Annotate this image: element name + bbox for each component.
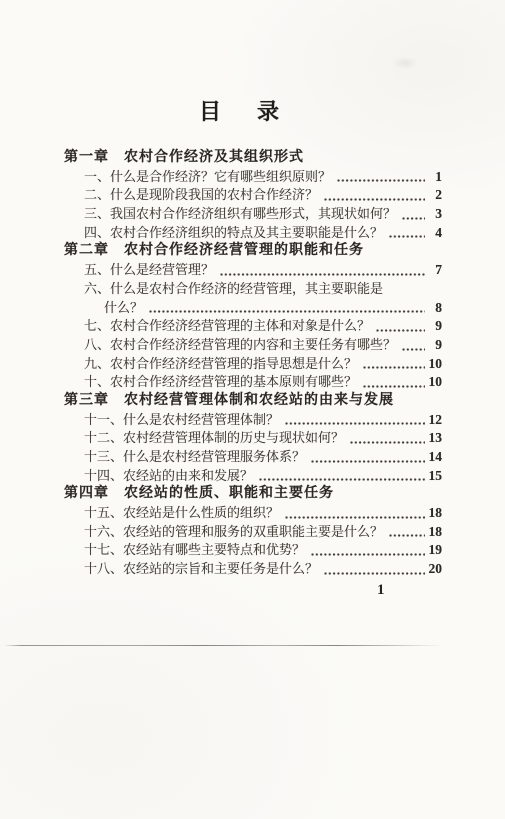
dot-leader — [324, 572, 425, 575]
toc-entry-row: 十五、农经站是什么性质的组织？ 18 — [64, 504, 442, 523]
toc-entry-row: 七、农村合作经济经营管理的主体和对象是什么？ 9 — [64, 317, 442, 336]
entry-label: 二、什么是现阶段我国的农村合作经济？ — [84, 186, 318, 205]
chapter-heading: 第二章 农村合作经济经营管理的职能和任务 — [64, 242, 364, 261]
toc-entry-row: 十八、农经站的宗旨和主要任务是什么？ 20 — [64, 560, 442, 579]
dot-leader — [220, 273, 425, 276]
entry-page-number: 7 — [428, 261, 442, 280]
toc-entry-row: 四、农村合作经济组织的特点及其主要职能是什么？ 4 — [64, 224, 442, 243]
toc-entry-row: 十一、什么是农村经营管理体制？ 12 — [64, 411, 442, 430]
toc-chapter-row: 第一章 农村合作经济及其组织形式 — [64, 149, 442, 168]
toc-entry-row: 二、什么是现阶段我国的农村合作经济？ 2 — [64, 186, 442, 205]
toc-entry-row: 十七、农经站有哪些主要特点和优势？ 19 — [64, 541, 442, 560]
entry-page-number: 4 — [428, 224, 442, 243]
toc-entry-row: 十六、农经站的管理和服务的双重职能主要是什么？ 18 — [64, 523, 442, 542]
entry-label: 七、农村合作经济经营管理的主体和对象是什么？ — [84, 317, 370, 336]
chapter-heading: 第一章 农村合作经济及其组织形式 — [64, 149, 304, 168]
toc-entry-row: 十、农村合作经济经营管理的基本原则有哪些？ 10 — [64, 373, 442, 392]
dot-leader — [311, 553, 425, 556]
scan-smudge-artifact — [392, 56, 418, 70]
toc-entry-row: 十四、农经站的由来和发展？ 15 — [64, 467, 442, 486]
dot-leader — [324, 198, 425, 201]
entry-label: 五、什么是经营管理？ — [84, 261, 214, 280]
scan-streak-artifact — [4, 645, 445, 646]
entry-label: 十四、农经站的由来和发展？ — [84, 467, 253, 486]
dot-leader — [402, 217, 425, 220]
entry-label: 什么？ — [104, 299, 143, 318]
entry-page-number: 1 — [428, 168, 442, 187]
entry-page-number: 10 — [428, 373, 442, 392]
entry-page-number: 18 — [428, 504, 442, 523]
toc-entry-row: 十二、农村经营管理体制的历史与现状如何？ 13 — [64, 429, 442, 448]
entry-page-number: 14 — [428, 448, 442, 467]
entry-page-number: 9 — [428, 317, 442, 336]
toc-chapter-row: 第四章 农经站的性质、职能和主要任务 — [64, 485, 442, 504]
entry-label: 十八、农经站的宗旨和主要任务是什么？ — [84, 560, 318, 579]
entry-page-number: 13 — [428, 429, 442, 448]
chapter-heading: 第四章 农经站的性质、职能和主要任务 — [64, 485, 334, 504]
dot-leader — [285, 516, 425, 519]
entry-label: 十五、农经站是什么性质的组织？ — [84, 504, 279, 523]
entry-label: 三、我国农村合作经济组织有哪些形式，其现状如何？ — [84, 205, 396, 224]
dot-leader — [363, 385, 425, 388]
dot-leader — [363, 366, 425, 369]
entry-page-number: 12 — [428, 411, 442, 430]
dot-leader — [285, 422, 425, 425]
toc-entry-row: 十三、什么是农村经营管理服务体系？ 14 — [64, 448, 442, 467]
entry-page-number: 19 — [428, 541, 442, 560]
entry-page-number: 15 — [428, 467, 442, 486]
entry-label: 一、什么是合作经济？它有哪些组织原则？ — [84, 168, 331, 187]
dot-leader — [149, 310, 425, 313]
entry-page-number: 2 — [428, 186, 442, 205]
entry-label: 十七、农经站有哪些主要特点和优势？ — [84, 541, 305, 560]
scanned-toc-page: 目 录 第一章 农村合作经济及其组织形式 一、什么是合作经济？它有哪些组织原则？… — [0, 0, 505, 819]
toc-entry-row: 八、农村合作经济经营管理的内容和主要任务有哪些？ 9 — [64, 336, 442, 355]
entry-label: 十一、什么是农村经营管理体制？ — [84, 411, 279, 430]
entry-page-number: 3 — [428, 205, 442, 224]
dot-leader — [259, 478, 425, 481]
dot-leader — [389, 235, 425, 238]
entry-label: 四、农村合作经济组织的特点及其主要职能是什么？ — [84, 224, 383, 243]
entry-label: 九、农村合作经济经营管理的指导思想是什么？ — [84, 355, 357, 374]
entry-page-number: 20 — [428, 560, 442, 579]
dot-leader — [402, 348, 425, 351]
entry-page-number: 18 — [428, 523, 442, 542]
dot-leader — [350, 441, 425, 444]
dot-leader — [389, 534, 425, 537]
toc-entry-row: 一、什么是合作经济？它有哪些组织原则？ 1 — [64, 168, 442, 187]
folio-number: 1 — [377, 582, 385, 599]
page-title: 目 录 — [199, 95, 286, 126]
dot-leader — [311, 460, 425, 463]
toc-entry-row: 五、什么是经营管理？ 7 — [64, 261, 442, 280]
entry-label: 六、什么是农村合作经济的经营管理，其主要职能是 — [84, 280, 383, 299]
toc-entry-row-wrapped-end: 什么？ 8 — [64, 299, 442, 318]
entry-label: 十二、农村经营管理体制的历史与现状如何？ — [84, 429, 344, 448]
dot-leader — [376, 329, 425, 332]
toc-entry-row-wrapped-start: 六、什么是农村合作经济的经营管理，其主要职能是 — [64, 280, 442, 299]
entry-label: 十六、农经站的管理和服务的双重职能主要是什么？ — [84, 523, 383, 542]
entry-page-number: 10 — [428, 355, 442, 374]
table-of-contents: 第一章 农村合作经济及其组织形式 一、什么是合作经济？它有哪些组织原则？ 1 二… — [64, 149, 442, 579]
entry-label: 八、农村合作经济经营管理的内容和主要任务有哪些？ — [84, 336, 396, 355]
chapter-heading: 第三章 农村经营管理体制和农经站的由来与发展 — [64, 392, 394, 411]
entry-page-number: 9 — [428, 336, 442, 355]
toc-entry-row: 九、农村合作经济经营管理的指导思想是什么？ 10 — [64, 355, 442, 374]
entry-label: 十三、什么是农村经营管理服务体系？ — [84, 448, 305, 467]
dot-leader — [337, 179, 425, 182]
entry-page-number: 8 — [428, 299, 442, 318]
toc-entry-row: 三、我国农村合作经济组织有哪些形式，其现状如何？ 3 — [64, 205, 442, 224]
entry-label: 十、农村合作经济经营管理的基本原则有哪些？ — [84, 373, 357, 392]
toc-chapter-row: 第三章 农村经营管理体制和农经站的由来与发展 — [64, 392, 442, 411]
toc-chapter-row: 第二章 农村合作经济经营管理的职能和任务 — [64, 242, 442, 261]
